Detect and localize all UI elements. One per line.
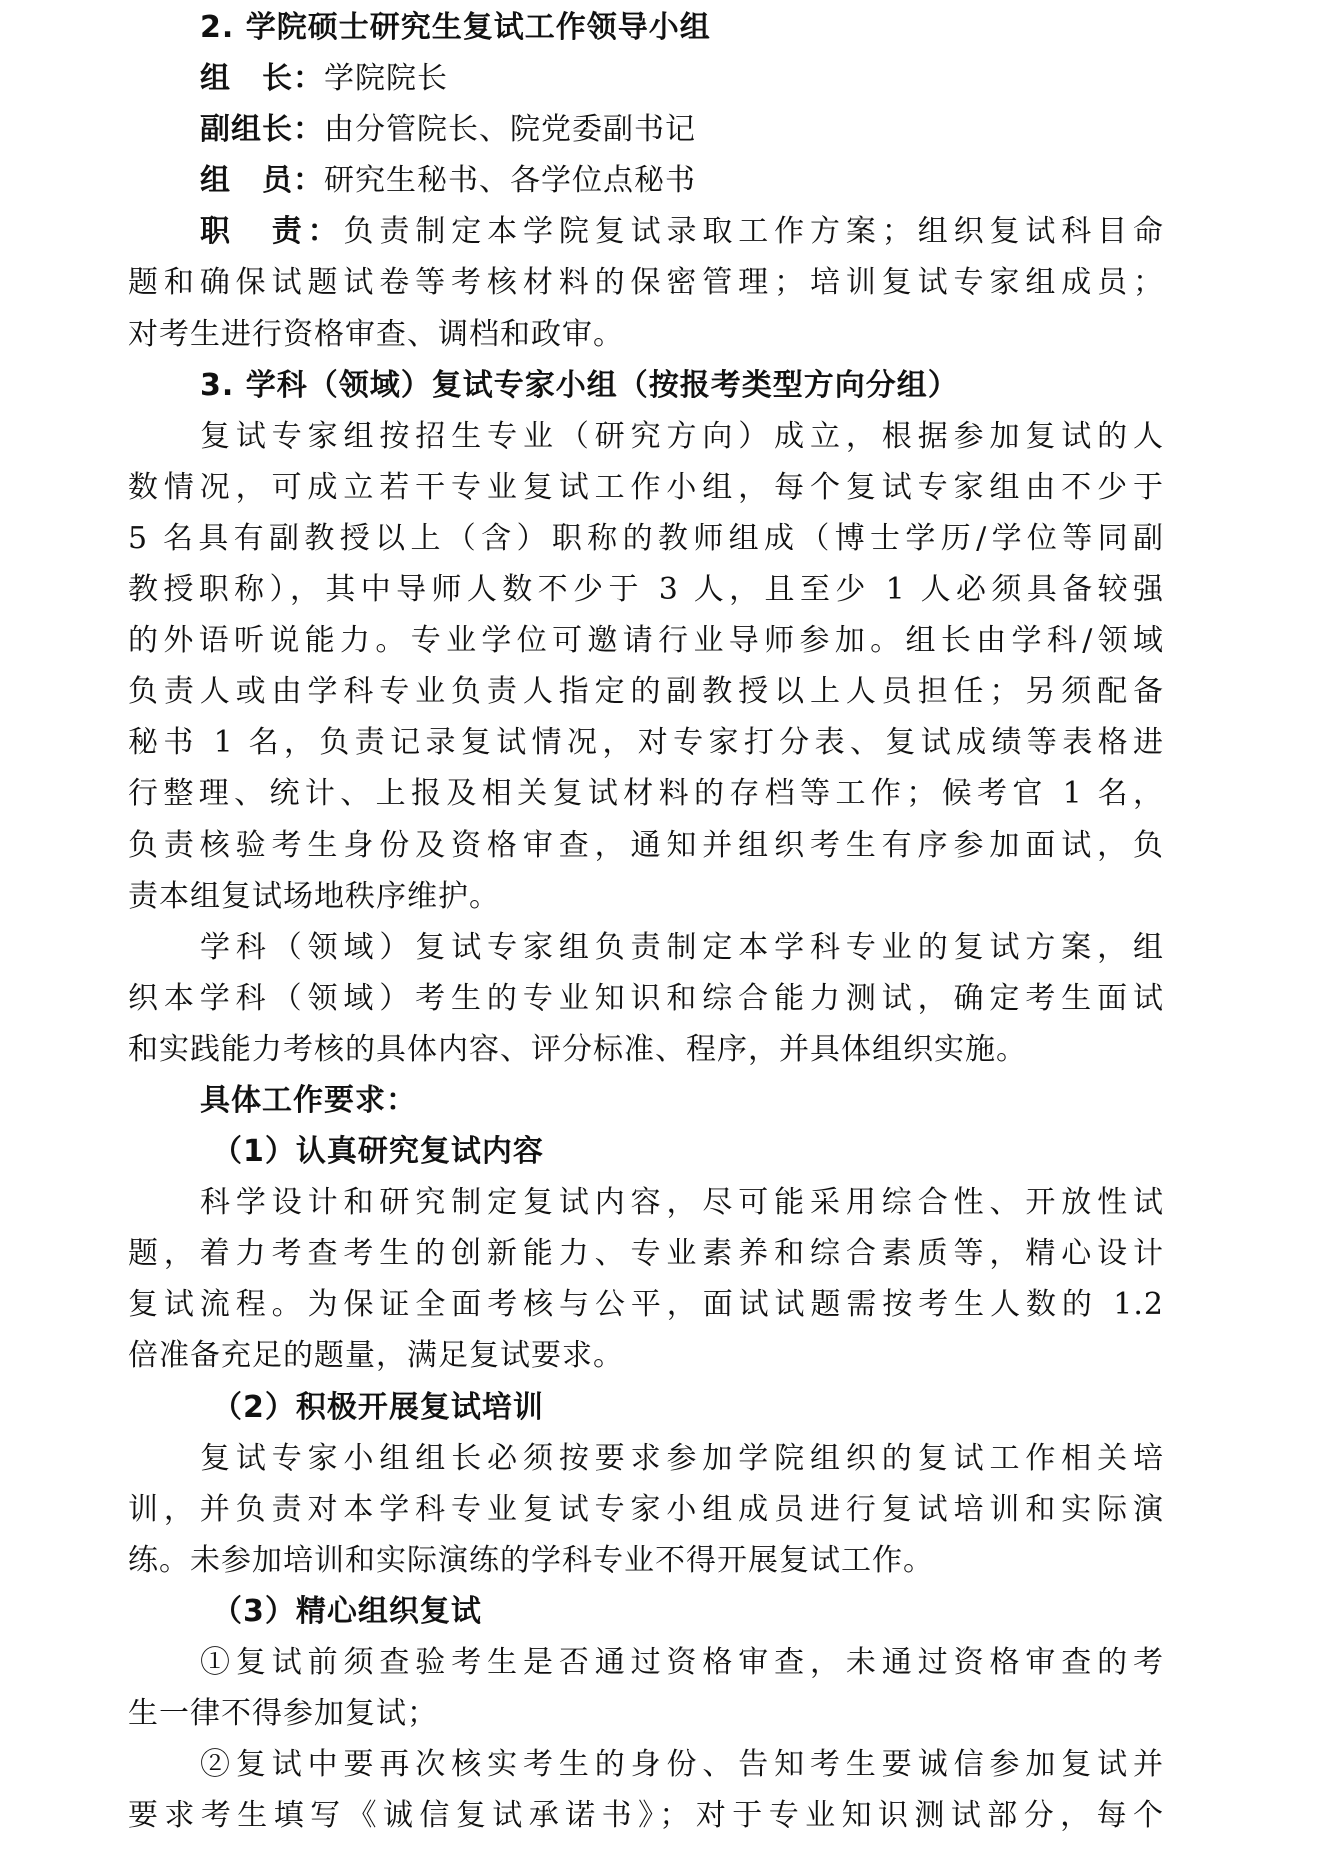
list-item-line: ①复试前须查验考生是否通过资格审查，未通过资格审查的考 <box>128 1637 1164 1688</box>
paragraph-line: 负责核验考生身份及资格审查，通知并组织考生有序参加面试，负 <box>128 820 1164 871</box>
requirement-2-heading: （2）积极开展复试培训 <box>128 1382 1164 1433</box>
paragraph-line: 责本组复试场地秩序维护。 <box>128 871 1164 922</box>
paragraph-line: 和实践能力考核的具体内容、评分标准、程序，并具体组织实施。 <box>128 1024 1164 1075</box>
paragraph-line: 复试专家组按招生专业（研究方向）成立，根据参加复试的人 <box>128 411 1164 462</box>
paragraph-line: 负责人或由学科专业负责人指定的副教授以上人员担任；另须配备 <box>128 666 1164 717</box>
member-label: 组 员： <box>200 163 324 198</box>
duty-label: 职 责： <box>200 214 344 249</box>
paragraph-line: 织本学科（领域）考生的专业知识和综合能力测试，确定考生面试 <box>128 973 1164 1024</box>
deputy-label: 副组长： <box>200 112 324 147</box>
paragraph-line: 5 名具有副教授以上（含）职称的教师组成（博士学历/学位等同副 <box>128 513 1164 564</box>
paragraph-line: 学科（领域）复试专家组负责制定本学科专业的复试方案，组 <box>128 922 1164 973</box>
requirement-1-heading: （1）认真研究复试内容 <box>128 1126 1164 1177</box>
requirement-3-heading: （3）精心组织复试 <box>128 1586 1164 1637</box>
paragraph-line: 训，并负责对本学科专业复试专家小组成员进行复试培训和实际演 <box>128 1484 1164 1535</box>
list-item-line: 生一律不得参加复试； <box>128 1688 1164 1739</box>
duty-text-line: 题和确保试题试卷等考核材料的保密管理；培训复试专家组成员； <box>128 257 1164 308</box>
paragraph-line: 倍准备充足的题量，满足复试要求。 <box>128 1330 1164 1381</box>
paragraph-line: 的外语听说能力。专业学位可邀请行业导师参加。组长由学科/领域 <box>128 615 1164 666</box>
paragraph-line: 复试流程。为保证全面考核与公平，面试试题需按考生人数的 1.2 <box>128 1279 1164 1330</box>
paragraph-line: 复试专家小组组长必须按要求参加学院组织的复试工作相关培 <box>128 1433 1164 1484</box>
leader-row: 组 长：学院院长 <box>128 53 1164 104</box>
paragraph-line: 题，着力考查考生的创新能力、专业素养和综合素质等，精心设计 <box>128 1228 1164 1279</box>
document-page: 2. 学院硕士研究生复试工作领导小组 组 长：学院院长 副组长：由分管院长、院党… <box>128 2 1164 1841</box>
requirements-heading: 具体工作要求： <box>128 1075 1164 1126</box>
paragraph-line: 科学设计和研究制定复试内容，尽可能采用综合性、开放性试 <box>128 1177 1164 1228</box>
leader-label: 组 长： <box>200 61 324 96</box>
section-3-heading: 3. 学科（领域）复试专家小组（按报考类型方向分组） <box>128 360 1164 411</box>
duty-text-line: 负责制定本学院复试录取工作方案；组织复试科目命 <box>344 214 1164 249</box>
deputy-row: 副组长：由分管院长、院党委副书记 <box>128 104 1164 155</box>
paragraph-line: 教授职称），其中导师人数不少于 3 人，且至少 1 人必须具备较强 <box>128 564 1164 615</box>
paragraph-line: 行整理、统计、上报及相关复试材料的存档等工作；候考官 1 名， <box>128 768 1164 819</box>
paragraph-line: 练。未参加培训和实际演练的学科专业不得开展复试工作。 <box>128 1535 1164 1586</box>
leader-value: 学院院长 <box>324 61 448 96</box>
deputy-value: 由分管院长、院党委副书记 <box>324 112 696 147</box>
duty-text-line: 对考生进行资格审查、调档和政审。 <box>128 309 1164 360</box>
paragraph-line: 秘书 1 名，负责记录复试情况，对专家打分表、复试成绩等表格进 <box>128 717 1164 768</box>
paragraph-line: 数情况，可成立若干专业复试工作小组，每个复试专家组由不少于 <box>128 462 1164 513</box>
section-2-heading: 2. 学院硕士研究生复试工作领导小组 <box>128 2 1164 53</box>
member-value: 研究生秘书、各学位点秘书 <box>324 163 696 198</box>
list-item-line: 要求考生填写《诚信复试承诺书》；对于专业知识测试部分，每个 <box>128 1790 1164 1841</box>
duty-row: 职 责：负责制定本学院复试录取工作方案；组织复试科目命 <box>128 206 1164 257</box>
member-row: 组 员：研究生秘书、各学位点秘书 <box>128 155 1164 206</box>
list-item-line: ②复试中要再次核实考生的身份、告知考生要诚信参加复试并 <box>128 1739 1164 1790</box>
